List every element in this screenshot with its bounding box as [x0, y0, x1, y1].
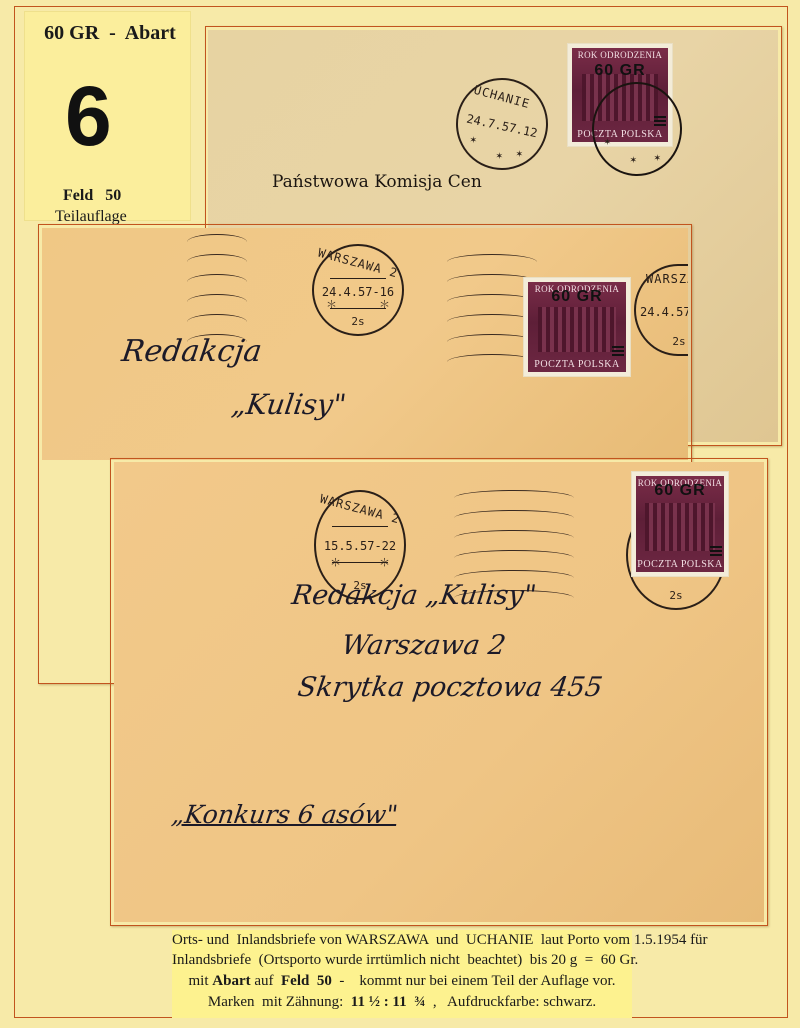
- caption-box: Orts- und Inlandsbriefe von WARSZAWA und…: [172, 930, 632, 1018]
- handwriting-line-2: „Kulisy": [230, 388, 348, 421]
- address-line-2: Warszawa 2: [340, 630, 508, 661]
- caption-line-1: Orts- und Inlandsbriefe von WARSZAWA und…: [172, 932, 632, 949]
- envelope-3: WARSZAWA 2 15.5.57-22 ＊ ＊ 2s ＊ ＊ 2s ROK …: [114, 462, 764, 922]
- stamp-2: ROK ODRODZENIA 60 GR POCZTA POLSKA: [524, 278, 630, 376]
- stamp-bottom-text: POCZTA POLSKA: [528, 359, 626, 370]
- note-handwriting: „Konkurs 6 asów": [170, 800, 400, 829]
- handwriting-line-1: Redakcja: [120, 334, 265, 369]
- postmark-town: WARSZAWA 2: [314, 245, 403, 281]
- stamp-3: ROK ODRODZENIA 60 GR POCZTA POLSKA: [632, 472, 728, 576]
- envelope-2: WARSZAWA 2 24.4.57-16 ＊ ＊ 2s ROK ODRODZE…: [42, 228, 688, 460]
- postmark-uchanie: UCHANIE 24.7.57.12 ✶ ✶ ✶: [456, 78, 548, 170]
- address-line-3: Skrytka pocztowa 455: [296, 672, 605, 703]
- stamp-overprint: 60 GR: [572, 62, 668, 80]
- field-label: Feld 50: [63, 187, 121, 205]
- page-number: 6: [65, 74, 112, 158]
- stamp-overprint: 60 GR: [528, 288, 626, 306]
- page-title: 60 GR - Abart: [35, 22, 185, 45]
- address-line-1: Redakcja „Kulisy": [290, 580, 538, 611]
- postmark-warszawa-partial: WARSZA 24.4.57 2s: [634, 264, 688, 356]
- title-box: 60 GR - Abart 6 Feld 50 Teilauflage: [25, 12, 190, 220]
- postmark-warszawa-1: WARSZAWA 2 24.4.57-16 ＊ ＊ 2s: [312, 244, 404, 336]
- sender-printed: Państwowa Komisja Cen: [272, 172, 482, 192]
- postmark-town: UCHANIE: [458, 79, 547, 115]
- stamp-top-text: ROK ODRODZENIA: [572, 50, 668, 60]
- postmark-date: 15.5.57-22: [316, 539, 404, 553]
- caption-line-2: Inlandsbriefe (Ortsporto wurde irrtümlic…: [172, 952, 632, 969]
- postmark-on-stamp: ✶ ✶ ✶: [592, 82, 682, 176]
- caption-line-3: mit Abart auf Feld 50 - kommt nur bei ei…: [172, 973, 632, 990]
- stamp-overprint: 60 GR: [636, 482, 724, 500]
- stamp-bottom-text: POCZTA POLSKA: [636, 559, 724, 570]
- caption-line-4: Marken mit Zähnung: 11 ½ : 11 ¾ , Aufdru…: [172, 994, 632, 1011]
- postmark-code: 2s: [314, 315, 402, 328]
- postmark-town: WARSZAWA 2: [316, 491, 405, 527]
